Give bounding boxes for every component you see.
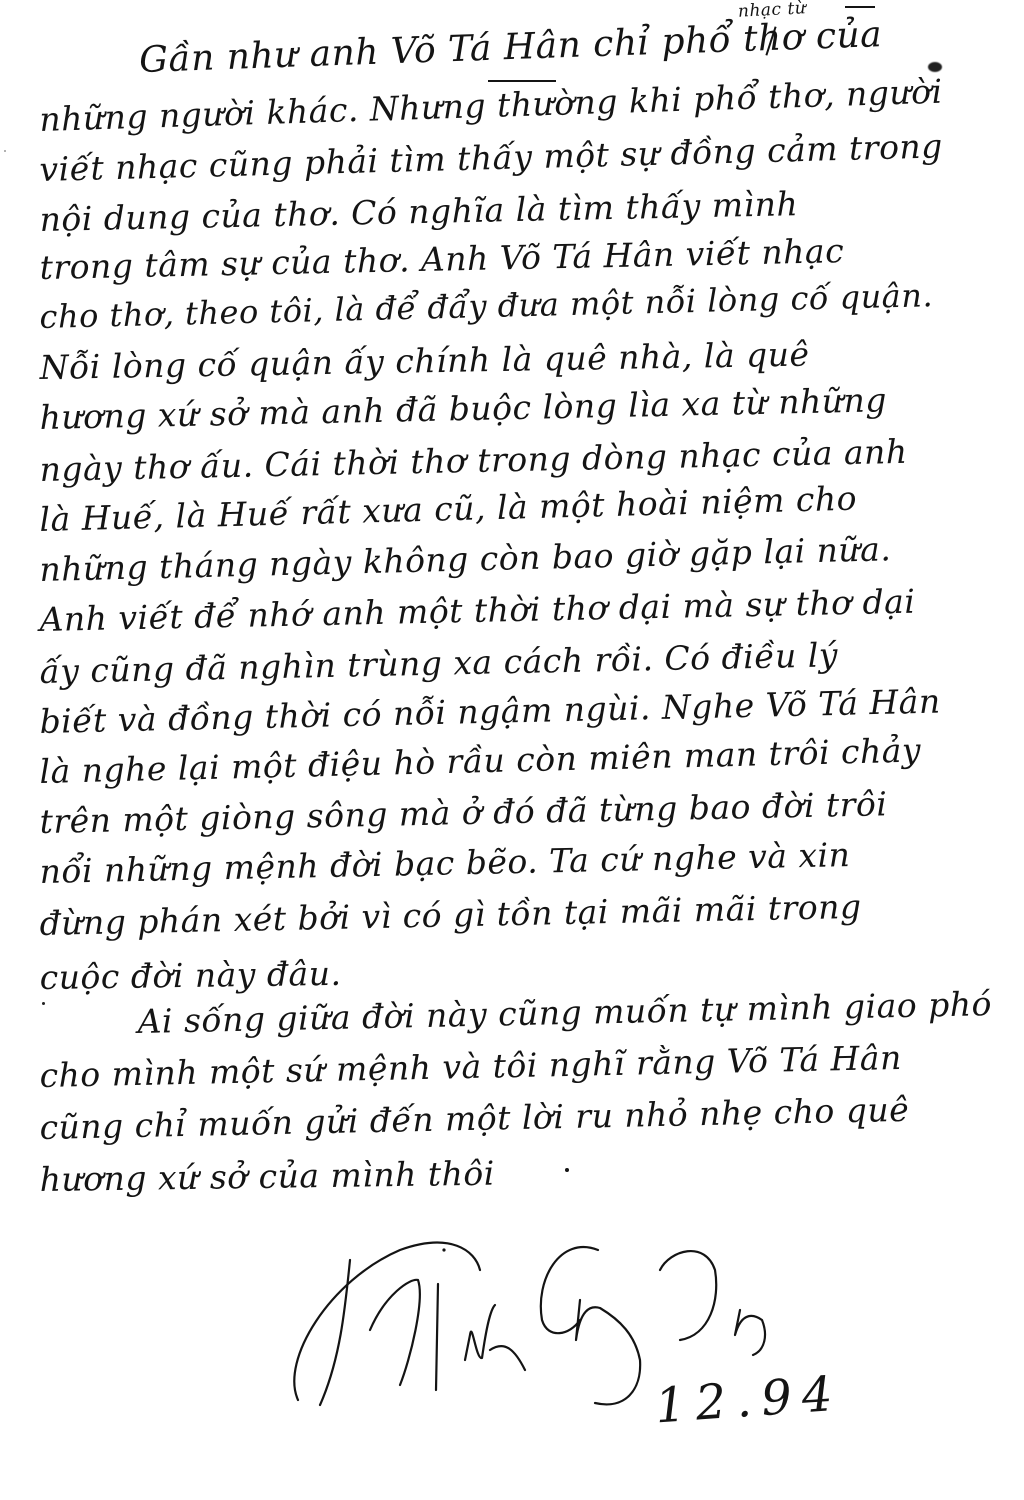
- insertion-bar: [845, 6, 875, 8]
- letter-line: nội dung của thơ. Có nghĩa là tìm thấy m…: [39, 184, 798, 239]
- letter-line: ấy cũng đã nghìn trùng xa cách rồi. Có đ…: [39, 635, 838, 691]
- letter-line: nổi những mệnh đời bạc bẽo. Ta cứ nghe v…: [39, 835, 851, 891]
- letter-line: đừng phán xét bởi vì có gì tồn tại mãi m…: [39, 887, 862, 943]
- letter-line: Gần như anh Võ Tá Hân chỉ phổ thơ của: [139, 14, 883, 81]
- ink-blot: [928, 62, 942, 72]
- margin-speck: [42, 1002, 45, 1005]
- letter-line: cho mình một sứ mệnh và tôi nghĩ rằng Võ…: [39, 1038, 902, 1095]
- closing-period: [565, 1168, 569, 1172]
- underline-mark: [488, 80, 556, 82]
- letter-line: biết và đồng thời có nỗi ngậm ngùi. Nghe…: [39, 682, 941, 741]
- letter-line: trong tâm sự của thơ. Anh Võ Tá Hân viết…: [39, 231, 844, 287]
- letter-line: Nỗi lòng cố quận ấy chính là quê nhà, là…: [39, 335, 809, 387]
- letter-line: là nghe lại một điệu hò rầu còn miên man…: [39, 730, 921, 791]
- letter-line: cuộc đời này đâu.: [39, 954, 341, 997]
- letter-line: Anh viết để nhớ anh một thời thơ dại mà …: [39, 582, 916, 639]
- letter-line: viết nhạc cũng phải tìm thấy một sự đồng…: [39, 126, 943, 189]
- letter-line: cho thơ, theo tôi, là để đẩy đưa một nỗi…: [39, 276, 933, 336]
- letter-line: hương xứ sở của mình thôi: [39, 1154, 495, 1199]
- letter-line: những tháng ngày không còn bao giờ gặp l…: [39, 529, 892, 589]
- letter-line: hương xứ sở mà anh đã buộc lòng lìa xa t…: [39, 380, 887, 437]
- letter-line: cũng chỉ muốn gửi đến một lời ru nhỏ nhẹ…: [39, 1090, 909, 1147]
- margin-speck: [4, 150, 6, 152]
- signature: Trịnh Công Sơn: [290, 1240, 930, 1440]
- letter-line: trên một giòng sông mà ở đó đã từng bao …: [39, 784, 888, 841]
- letter-line: là Huế, là Huế rất xưa cũ, là một hoài n…: [39, 479, 858, 539]
- handwritten-letter-page: nhạc từ Gần như anh Võ Tá Hân chỉ phổ th…: [0, 0, 1024, 1500]
